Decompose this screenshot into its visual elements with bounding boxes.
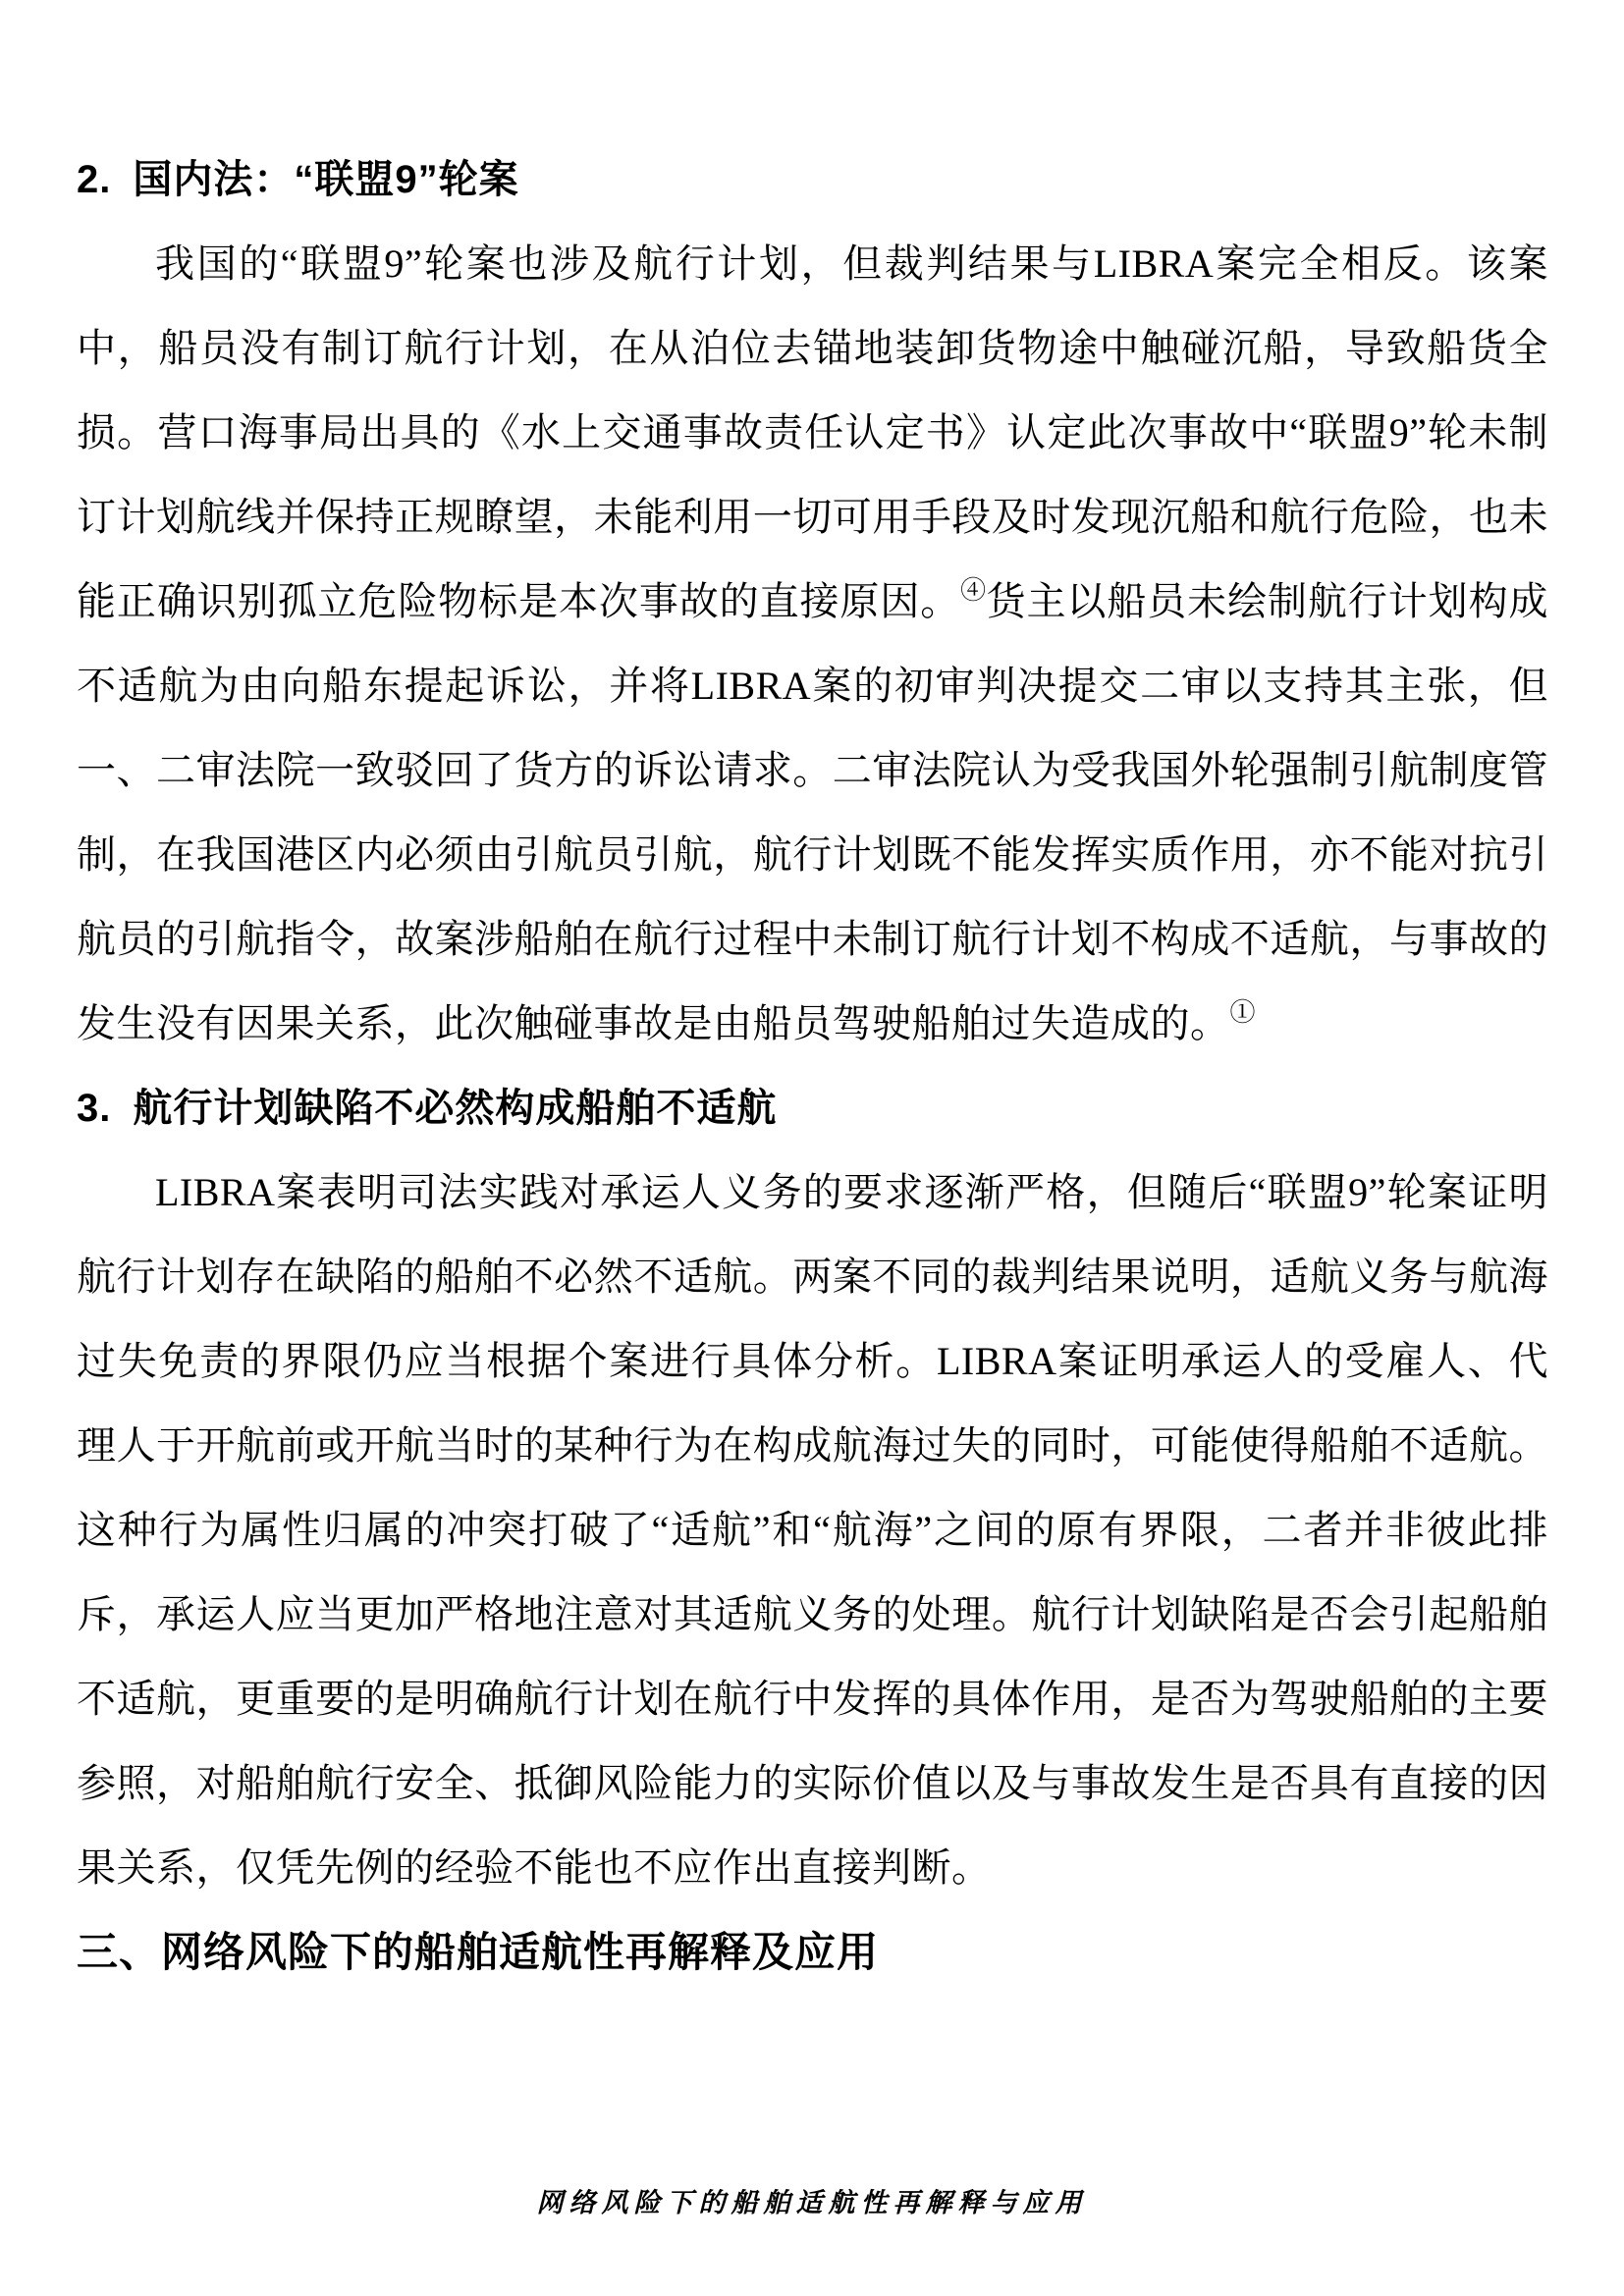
paragraph-text-run: 货主以船员未绘制航行计划构成不适航为由向船东提起诉讼，并将LIBRA案的初审判决… [77,579,1548,1045]
paragraph-text-run: LIBRA案表明司法实践对承运人义务的要求逐渐严格，但随后“联盟9”轮案证明航行… [77,1170,1548,1890]
heading-plan-defect: 3.航行计划缺陷不必然构成船舶不适航 [77,1066,1548,1150]
footnote-ref-4: ④ [960,576,986,605]
heading-number: 2. [77,137,111,222]
paragraph-lianmeng9-case: 我国的“联盟9”轮案也涉及航行计划，但裁判结果与LIBRA案完全相反。该案中，船… [77,222,1548,1066]
running-title-footer: 网络风险下的船舶适航性再解释与应用 [0,2181,1624,2219]
heading-text: 航行计划缺陷不必然构成船舶不适航 [133,1087,777,1130]
document-page: 2.国内法：“联盟9”轮案 我国的“联盟9”轮案也涉及航行计划，但裁判结果与LI… [0,0,1624,2296]
footnote-ref-1: ① [1230,998,1256,1027]
heading-domestic-law: 2.国内法：“联盟9”轮案 [77,137,1548,222]
heading-number: 3. [77,1066,111,1150]
paragraph-text-run: 我国的“联盟9”轮案也涉及航行计划，但裁判结果与LIBRA案完全相反。该案中，船… [77,241,1548,623]
heading-section-three: 三、网络风险下的船舶适航性再解释及应用 [77,1910,1548,1995]
heading-text: 国内法：“联盟9”轮案 [133,158,518,201]
paragraph-plan-defect-analysis: LIBRA案表明司法实践对承运人义务的要求逐渐严格，但随后“联盟9”轮案证明航行… [77,1150,1548,1910]
